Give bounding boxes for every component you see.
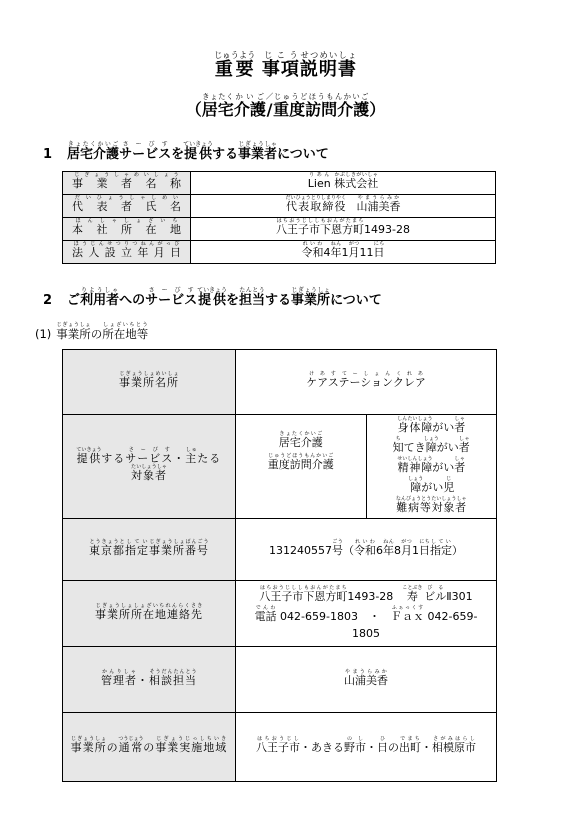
row-label: 東京都とうきょうと指定してい事業所じぎょうしょ番号ばんごう bbox=[63, 518, 236, 580]
row-value: 八王子市下恩方町はちおうじししもおんがたまち1493-28 寿ことぶき ビルびる… bbox=[236, 580, 497, 646]
operator-info-table: 事業者名称じぎょうしゃめいしょう Lienりあん 株式会社かぶしきがいしゃ 代表… bbox=[62, 171, 496, 264]
office-address-line: 八王子市下恩方町はちおうじししもおんがたまち1493-28 寿ことぶき ビルびる… bbox=[242, 585, 490, 605]
table-row-head-office-address: 本社所在地ほんしゃしょざいち 八王子市下恩方町はちおうじししもおんがたまち149… bbox=[63, 217, 496, 240]
row-label: 事業所じぎょうしょの通常つうじょうの事業実施地域じぎょうじっしちいき bbox=[63, 712, 236, 781]
row-value: 131240557号ごう（令和れいわ6年ねん8月がつ1日にち指定してい） bbox=[236, 518, 497, 580]
section-2-heading: 2ご利用者りようしゃへのサービスさーびす提供ていきょうを担当たんとうする事業所じ… bbox=[43, 287, 571, 308]
section-2-number: 2 bbox=[43, 293, 52, 308]
table-row-representative: 代表者氏名だいひょうしゃしめい 代表取締役だいひょうとりしまりやく 山浦美香やま… bbox=[63, 194, 496, 217]
row-label: 事業所名所じぎょうしょめいしょ bbox=[63, 349, 236, 414]
service-item: 居宅介護きょたくかいご bbox=[242, 431, 360, 451]
row-value: 八王子市下恩方町はちおうじししもおんがたまち1493-28 bbox=[191, 217, 496, 240]
table-row-service-area: 事業所じぎょうしょの通常つうじょうの事業実施地域じぎょうじっしちいき 八王子市は… bbox=[63, 712, 497, 781]
document-page: 重要じゅうよう 事項じこう説明書せつめいしょ （居宅きょたく介護かいご/／重度訪… bbox=[0, 0, 571, 836]
subsection-1-number: (1) bbox=[35, 327, 51, 341]
subsection-1-heading-text: 事業所じぎょうしょの所在地等しょざいちとう bbox=[56, 327, 148, 341]
section-1-number: 1 bbox=[43, 147, 52, 162]
document-subtitle: （居宅きょたく介護かいご/／重度訪問介護じゅうどほうもんかいご） bbox=[0, 92, 571, 119]
table-row-operator-name: 事業者名称じぎょうしゃめいしょう Lienりあん 株式会社かぶしきがいしゃ bbox=[63, 171, 496, 194]
target-group-item: 難病等対象者なんびょうとうたいしょうしゃ bbox=[373, 496, 491, 516]
target-groups-cell: 身体障しんたいしょうがい者しゃ 知ちてき障しょうがい者しゃ 精神障せいしんしょう… bbox=[366, 414, 497, 518]
row-value: 令和れいわ4年ねん1月がつ11日にち bbox=[191, 240, 496, 263]
document-header: 重要じゅうよう 事項じこう説明書せつめいしょ （居宅きょたく介護かいご/／重度訪… bbox=[0, 0, 571, 118]
row-value: 八王子市はちおうじし・あきる野市のし・日ひの出町でまち・相模原市さがみはらし bbox=[236, 712, 497, 781]
office-info-table: 事業所名所じぎょうしょめいしょ ケアステーションクレアけあすてーしょんくれあ 提… bbox=[62, 349, 497, 782]
section-2-heading-text: ご利用者りようしゃへのサービスさーびす提供ていきょうを担当たんとうする事業所じぎ… bbox=[67, 293, 382, 308]
row-label: 本社所在地ほんしゃしょざいち bbox=[63, 217, 191, 240]
row-label: 事業所所在地連絡先じぎょうしょしょざいちれんらくさき bbox=[63, 580, 236, 646]
row-label: 提供ていきょうするサービスさーびす・主しゅたる対象者たいしょうしゃ bbox=[63, 414, 236, 518]
row-value: 山浦美香やまうらみか bbox=[236, 646, 497, 712]
service-item: 重度訪問介護じゅうどほうもんかいご bbox=[242, 453, 360, 473]
table-row-office-name: 事業所名所じぎょうしょめいしょ ケアステーションクレアけあすてーしょんくれあ bbox=[63, 349, 497, 414]
row-label: 法人設立年月日ほうじんせつりつねんがっぴ bbox=[63, 240, 191, 263]
row-label: 代表者氏名だいひょうしゃしめい bbox=[63, 194, 191, 217]
document-title: 重要じゅうよう 事項じこう説明書せつめいしょ bbox=[0, 50, 571, 80]
row-value: 代表取締役だいひょうとりしまりやく 山浦美香やまうらみか bbox=[191, 194, 496, 217]
target-group-item: 障しょうがい児じ bbox=[373, 476, 491, 496]
row-label: 管理者かんりしゃ・相談担当そうだんたんとう bbox=[63, 646, 236, 712]
section-1-heading-text: 居宅介護きょたくかいごサービスさーびすを提供ていきょうする事業者じぎょうしゃにつ… bbox=[67, 147, 329, 162]
row-value: Lienりあん 株式会社かぶしきがいしゃ bbox=[191, 171, 496, 194]
section-1-heading: 1居宅介護きょたくかいごサービスさーびすを提供ていきょうする事業者じぎょうしゃに… bbox=[43, 141, 571, 162]
table-row-establishment-date: 法人設立年月日ほうじんせつりつねんがっぴ 令和れいわ4年ねん1月がつ11日にち bbox=[63, 240, 496, 263]
office-phone-fax-line: 電話でんわ 042-659-1803 ・ Ｆａｘふぁっくす 042-659-18… bbox=[242, 605, 490, 642]
subsection-1-heading: (1)事業所じぎょうしょの所在地等しょざいちとう bbox=[35, 322, 571, 341]
services-cell: 居宅介護きょたくかいご 重度訪問介護じゅうどほうもんかいご bbox=[236, 414, 367, 518]
target-group-item: 知ちてき障しょうがい者しゃ bbox=[373, 436, 491, 456]
table-row-office-contact: 事業所所在地連絡先じぎょうしょしょざいちれんらくさき 八王子市下恩方町はちおうじ… bbox=[63, 580, 497, 646]
target-group-item: 身体障しんたいしょうがい者しゃ bbox=[373, 416, 491, 436]
table-row-designation-number: 東京都とうきょうと指定してい事業所じぎょうしょ番号ばんごう 131240557号… bbox=[63, 518, 497, 580]
table-row-services-targets: 提供ていきょうするサービスさーびす・主しゅたる対象者たいしょうしゃ 居宅介護きょ… bbox=[63, 414, 497, 518]
table-row-manager: 管理者かんりしゃ・相談担当そうだんたんとう 山浦美香やまうらみか bbox=[63, 646, 497, 712]
target-group-item: 精神障せいしんしょうがい者しゃ bbox=[373, 456, 491, 476]
row-value: ケアステーションクレアけあすてーしょんくれあ bbox=[236, 349, 497, 414]
row-label: 事業者名称じぎょうしゃめいしょう bbox=[63, 171, 191, 194]
